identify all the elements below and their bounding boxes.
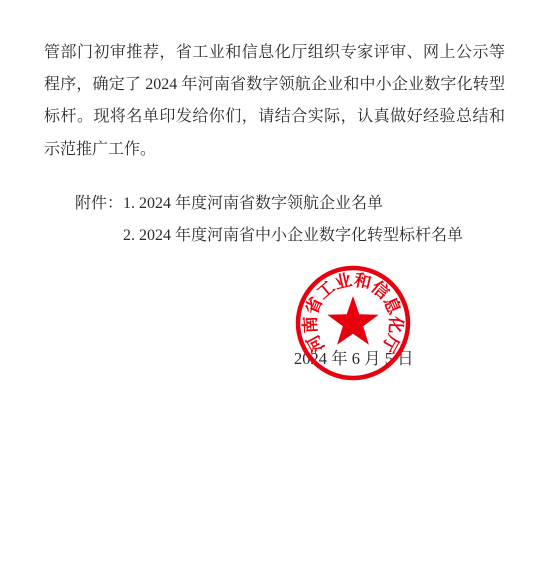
body-line-1: 管部门初审推荐，省工业和信息化厅组织专家评审、网上公示等: [44, 37, 505, 69]
seal-graphic: 河南省工业和信息化厅: [293, 263, 413, 383]
attachment-item-1: 1. 2024 年度河南省数字领航企业名单: [123, 195, 383, 212]
body-line-2: 程序，确定了 2024 年河南省数字领航企业和中小企业数字化转型: [44, 69, 505, 101]
body-line-4: 示范推广工作。: [44, 134, 505, 166]
body-paragraph: 管部门初审推荐，省工业和信息化厅组织专家评审、网上公示等 程序，确定了 2024…: [44, 37, 505, 166]
attachments-label: 附件：: [75, 195, 123, 212]
body-line-3: 标杆。现将名单印发给你们，请结合实际，认真做好经验总结和: [44, 101, 505, 133]
official-seal: 河南省工业和信息化厅: [293, 263, 413, 383]
star-icon: [327, 296, 378, 345]
attachment-item-2: 2. 2024 年度河南省中小企业数字化转型标杆名单: [123, 220, 463, 252]
attachment-line-1: 附件：1. 2024 年度河南省数字领航企业名单: [75, 188, 383, 220]
document-page: 管部门初审推荐，省工业和信息化厅组织专家评审、网上公示等 程序，确定了 2024…: [0, 0, 549, 573]
